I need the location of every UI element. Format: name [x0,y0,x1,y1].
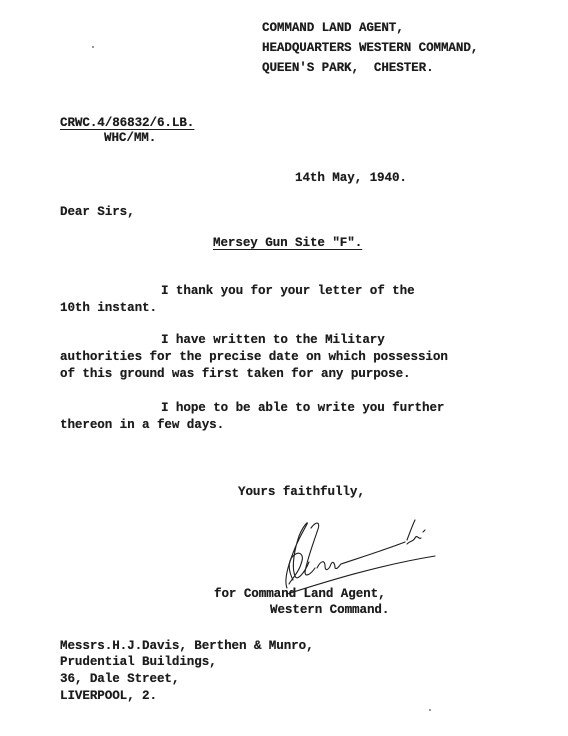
reference-number: CRWC.4/86832/6.LB. [60,115,194,131]
paragraph-2-line-2: authorities for the precise date on whic… [60,349,448,365]
letterhead-line-1: COMMAND LAND AGENT, [262,20,404,36]
signatory-line-2: Western Command. [270,602,389,618]
signatory-line-1: for Command Land Agent, [214,586,386,602]
paragraph-2-line-1: I have written to the Military [161,332,385,348]
salutation: Dear Sirs, [60,204,135,220]
paragraph-1-line-2: 10th instant. [60,300,157,316]
recipient-line-3: 36, Dale Street, [60,671,179,687]
subject-heading: Mersey Gun Site "F". [213,235,362,251]
paragraph-1-line-1: I thank you for your letter of the [161,283,415,299]
valediction: Yours faithfully, [238,484,365,500]
paragraph-2-line-3: of this ground was first taken for any p… [60,366,411,382]
letter-date: 14th May, 1940. [295,170,407,186]
recipient-line-4: LIVERPOOL, 2. [60,688,157,704]
letterhead-line-3: QUEEN'S PARK, CHESTER. [262,60,434,76]
recipient-line-1: Messrs.H.J.Davis, Berthen & Munro, [60,638,314,654]
paragraph-3-line-2: thereon in a few days. [60,417,224,433]
scan-speck [92,46,94,48]
recipient-line-2: Prudential Buildings, [60,654,217,670]
scan-speck [429,709,431,711]
paragraph-3-line-1: I hope to be able to write you further [161,400,444,416]
letterhead-line-2: HEADQUARTERS WESTERN COMMAND, [262,40,478,56]
letter-page: COMMAND LAND AGENT, HEADQUARTERS WESTERN… [0,0,568,736]
reference-initials: WHC/MM. [104,130,156,146]
